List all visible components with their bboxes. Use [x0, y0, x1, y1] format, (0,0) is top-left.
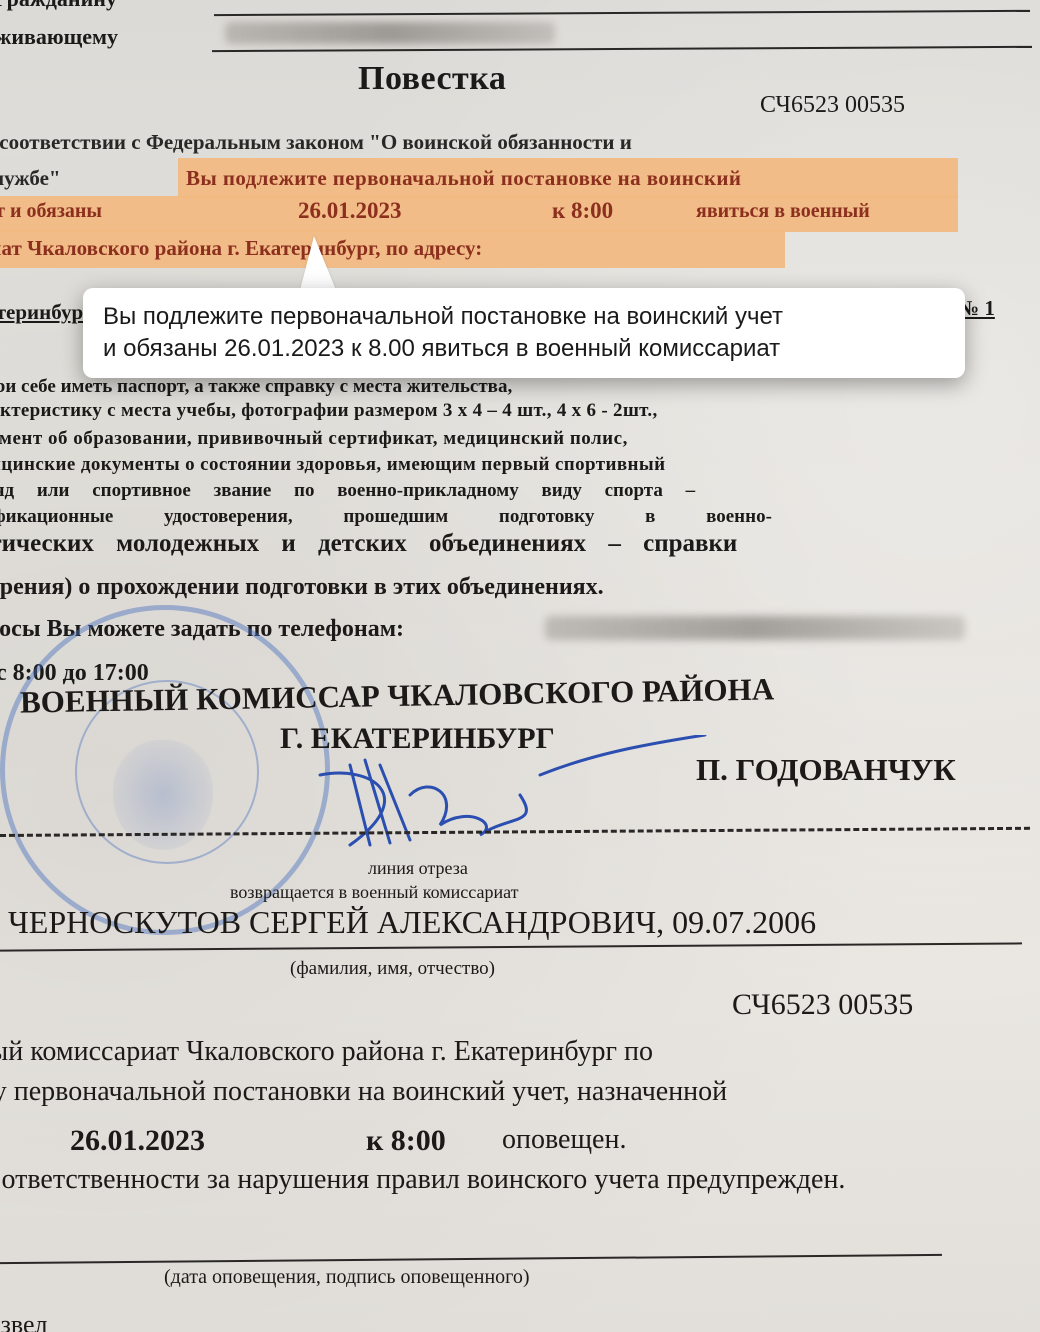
citizen-label: Гражданину — [0, 0, 117, 12]
highlighted-line-4: комиссариат Чкаловского района г. Екатер… — [0, 236, 482, 261]
callout-line-2: и обязаны 26.01.2023 к 8.00 явиться в во… — [103, 333, 965, 365]
requirements-line-5: разряд или спортивное звание по военно-п… — [0, 480, 695, 502]
document-title: Повестка — [358, 60, 506, 98]
requirements-line-2: характеристику с места учебы, фотографии… — [0, 400, 658, 422]
callout-pointer — [300, 236, 336, 290]
recipient-name: ЧЕРНОСКУТОВ СЕРГЕЙ АЛЕКСАНДРОВИЧ, 09.07.… — [8, 904, 816, 941]
highlighted-date: 26.01.2023 — [298, 198, 402, 224]
signature-caption: (дата оповещения, подпись оповещенного) — [164, 1266, 530, 1289]
requirements-line-1: При себе иметь паспорт, а также справку … — [0, 376, 512, 398]
residing-label: проживающему — [0, 24, 118, 50]
tear-off-time: к 8:00 — [366, 1124, 446, 1158]
highlighted-line-3-prefix: учет и обязаны — [0, 200, 102, 223]
highlighted-time: к 8:00 — [552, 198, 613, 224]
footer-partial: Оповещение произвел — [0, 1310, 48, 1332]
body-line-1: В соответствии с Федеральным законом "О … — [0, 130, 632, 155]
address-line-prefix: Екатеринбург — [0, 300, 93, 325]
redacted-phones — [545, 616, 965, 640]
recipient-caption: (фамилия, имя, отчество) — [290, 958, 495, 980]
tear-off-date: 26.01.2023 — [70, 1124, 205, 1158]
signatory-name: П. ГОДОВАНЧУК — [696, 752, 956, 788]
citizen-underline — [214, 10, 1030, 16]
tear-off-line-2: вопросу первоначальной постановки на вои… — [0, 1076, 727, 1108]
tear-off-line-1: о явке в военный комиссариат Чкаловского… — [0, 1036, 653, 1068]
serial-number: СЧ6523 00535 — [760, 92, 905, 119]
signature-icon — [310, 735, 710, 855]
residing-underline — [212, 46, 1032, 52]
callout-line-1: Вы подлежите первоначальной постановке н… — [103, 301, 965, 333]
tear-off-serial-number: СЧ6523 00535 — [732, 988, 913, 1022]
redacted-address — [225, 22, 555, 44]
requirements-line-7: патриотических молодежных и детских объе… — [0, 530, 737, 558]
tear-off-line-4: Об ответственности за нарушения правил в… — [0, 1164, 845, 1196]
cut-line-label: линия отреза — [368, 858, 468, 879]
requirements-line-8: (удостоверения) о прохождении подготовки… — [0, 574, 604, 601]
translation-callout: Вы подлежите первоначальной постановке н… — [83, 288, 965, 378]
signature-underline — [0, 1254, 942, 1264]
requirements-line-3: документ об образовании, прививочный сер… — [0, 428, 628, 450]
requirements-line-4: медицинские документы о состоянии здоров… — [0, 454, 665, 476]
tear-off-notified: оповещен. — [502, 1124, 626, 1156]
recipient-underline — [0, 942, 1022, 951]
highlighted-line-2: Вы подлежите первоначальной постановке н… — [186, 166, 741, 191]
body-line-2-prefix: военной службе" — [0, 166, 61, 191]
highlighted-line-3-suffix: явиться в военный — [696, 200, 870, 223]
returns-label: возвращается в военный комиссариат — [230, 882, 518, 903]
requirements-line-6: квалификационные удостоверения, прошедши… — [0, 506, 772, 528]
